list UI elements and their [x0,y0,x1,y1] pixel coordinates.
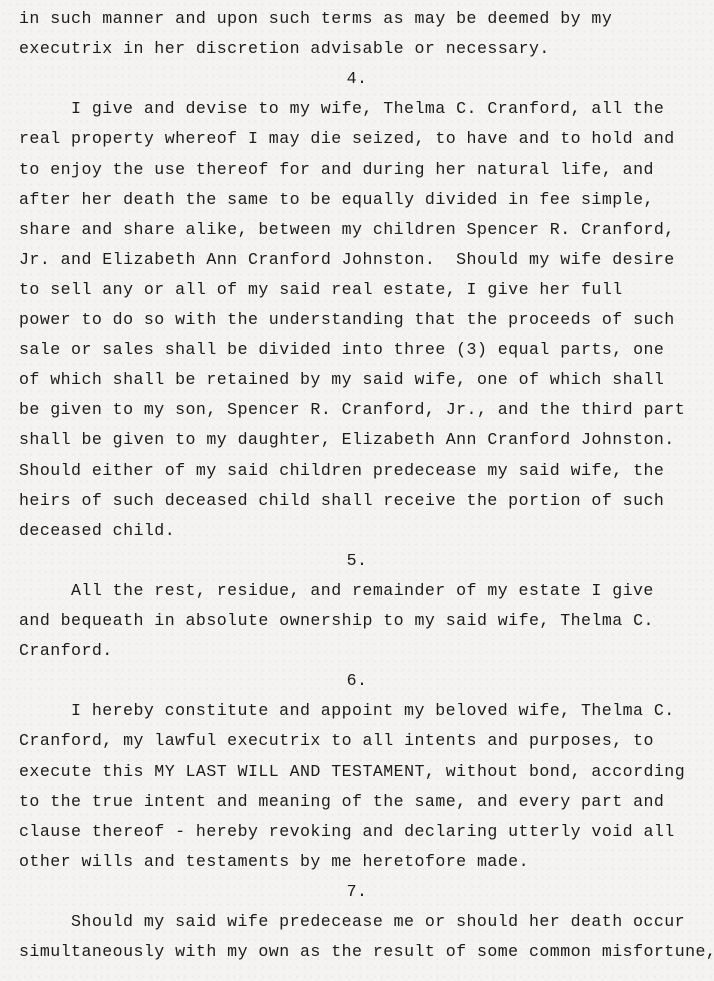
text-line: Cranford. [19,641,113,661]
text-line: simultaneously with my own as the result… [19,942,714,962]
section-number: 7. [0,882,714,902]
paragraph-first-line: I hereby constitute and appoint my belov… [71,701,675,721]
text-line: executrix in her discretion advisable or… [19,39,550,59]
section-number: 6. [0,671,714,691]
text-line: shall be given to my daughter, Elizabeth… [19,430,675,450]
text-line: in such manner and upon such terms as ma… [19,9,612,29]
text-line: after her death the same to be equally d… [19,190,654,210]
text-line: clause thereof - hereby revoking and dec… [19,822,675,842]
text-line: and bequeath in absolute ownership to my… [19,611,654,631]
paragraph-first-line: All the rest, residue, and remainder of … [71,581,654,601]
section-number: 4. [0,69,714,89]
document-page: in such manner and upon such terms as ma… [0,0,714,981]
text-line: Should either of my said children predec… [19,461,664,481]
text-line: execute this MY LAST WILL AND TESTAMENT,… [19,762,685,782]
text-line: deceased child. [19,521,175,541]
text-line: Jr. and Elizabeth Ann Cranford Johnston.… [19,250,675,270]
text-line: real property whereof I may die seized, … [19,129,675,149]
section-number: 5. [0,551,714,571]
text-line: be given to my son, Spencer R. Cranford,… [19,400,685,420]
text-line: to the true intent and meaning of the sa… [19,792,664,812]
paragraph-first-line: Should my said wife predecease me or sho… [71,912,685,932]
text-line: Cranford, my lawful executrix to all int… [19,731,654,751]
text-line: of which shall be retained by my said wi… [19,370,664,390]
text-line: heirs of such deceased child shall recei… [19,491,664,511]
text-line: power to do so with the understanding th… [19,310,675,330]
text-line: to sell any or all of my said real estat… [19,280,623,300]
text-line: to enjoy the use thereof for and during … [19,160,654,180]
text-line: other wills and testaments by me heretof… [19,852,529,872]
paragraph-first-line: I give and devise to my wife, Thelma C. … [71,99,664,119]
text-line: share and share alike, between my childr… [19,220,675,240]
text-line: sale or sales shall be divided into thre… [19,340,664,360]
